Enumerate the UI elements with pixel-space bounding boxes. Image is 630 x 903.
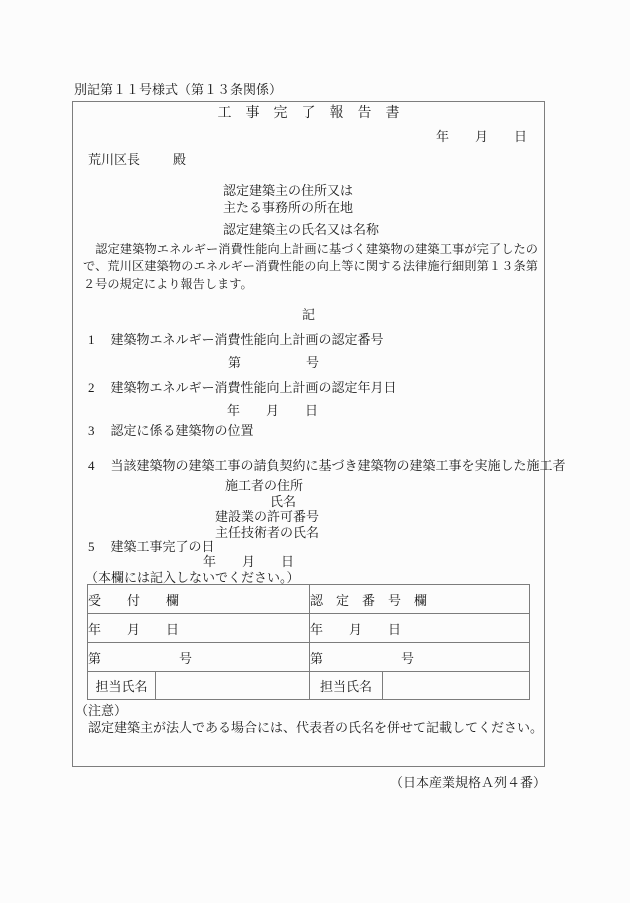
cert-staff-name-cell [383,672,530,700]
cert-number-cell: 第 号 [310,643,530,672]
contractor-name-label: 氏名 [270,494,296,510]
item-3-line: 3認定に係る建築物の位置 [88,422,254,440]
report-date-line: 年 月 日 [436,128,527,146]
addressee-honorific: 殿 [173,151,186,169]
caution-heading: （注意） [75,702,127,720]
record-heading: 記 [73,306,544,324]
receipt-staff-name-cell [156,672,310,700]
applicant-address-label-line1: 認定建築主の住所又は [223,182,353,200]
applicant-address-label-line2: 主たる事務所の所在地 [223,199,353,217]
item-4-label: 当該建築物の建築工事の請負契約に基づき建築物の建築工事を実施した施工者 [111,458,566,473]
item-3-number: 3 [88,423,95,438]
paper-size-note: （日本産業規格Ａ列４番） [390,774,546,792]
office-table-staff-row: 担当氏名 担当氏名 [88,672,530,700]
office-table-number-row: 第 号 第 号 [88,643,530,672]
item-3-label: 認定に係る建築物の位置 [111,423,254,438]
item-2-number: 2 [88,380,95,395]
cert-staff-label: 担当氏名 [310,672,383,700]
item-1-value-line: 第 号 [228,354,319,372]
cert-number-column-header: 認 定 番 号 欄 [310,585,530,614]
item-5-number: 5 [88,539,95,554]
receipt-number-cell: 第 号 [88,643,310,672]
office-table-date-row: 年 月 日 年 月 日 [88,614,530,643]
item-1-line: 1建築物エネルギー消費性能向上計画の認定番号 [88,331,384,349]
applicant-name-label: 認定建築主の氏名又は名称 [223,221,379,239]
office-table-header-row: 受 付 欄 認 定 番 号 欄 [88,585,530,614]
document-page: 別記第１１号様式（第１３条関係） 工 事 完 了 報 告 書 年 月 日 荒川区… [0,0,630,903]
construction-license-number-label: 建設業の許可番号 [215,509,319,525]
form-title: 工 事 完 了 報 告 書 [73,105,544,123]
office-use-table: 受 付 欄 認 定 番 号 欄 年 月 日 年 月 日 第 号 第 号 担当氏名… [87,584,530,700]
form-number-label: 別記第１１号様式（第１３条関係） [74,81,282,99]
receipt-column-header: 受 付 欄 [88,585,310,614]
contractor-address-label: 施工者の住所 [225,478,303,494]
form-border-box: 工 事 完 了 報 告 書 年 月 日 荒川区長 殿 認定建築主の住所又は 主た… [72,101,545,767]
item-5-label: 建築工事完了の日 [111,539,215,554]
item-1-label: 建築物エネルギー消費性能向上計画の認定番号 [111,332,384,347]
item-2-line: 2建築物エネルギー消費性能向上計画の認定年月日 [88,379,397,397]
addressee-label: 荒川区長 [88,151,140,169]
receipt-date-cell: 年 月 日 [88,614,310,643]
item-5-line: 5建築工事完了の日 [88,538,215,556]
body-paragraph: 認定建築物エネルギー消費性能向上計画に基づく建築物の建築工事が完了したので、荒川… [83,241,538,293]
item-4-number: 4 [88,458,95,473]
caution-text: 認定建築主が法人である場合には、代表者の氏名を併せて記載してください。 [88,719,543,737]
receipt-staff-label: 担当氏名 [88,672,156,700]
cert-date-cell: 年 月 日 [310,614,530,643]
item-2-label: 建築物エネルギー消費性能向上計画の認定年月日 [111,380,397,395]
chief-engineer-name-label: 主任技術者の氏名 [215,525,319,541]
item-2-value-line: 年 月 日 [227,402,318,420]
item-4-line: 4当該建築物の建築工事の請負契約に基づき建築物の建築工事を実施した施工者 [88,457,566,475]
item-1-number: 1 [88,332,95,347]
